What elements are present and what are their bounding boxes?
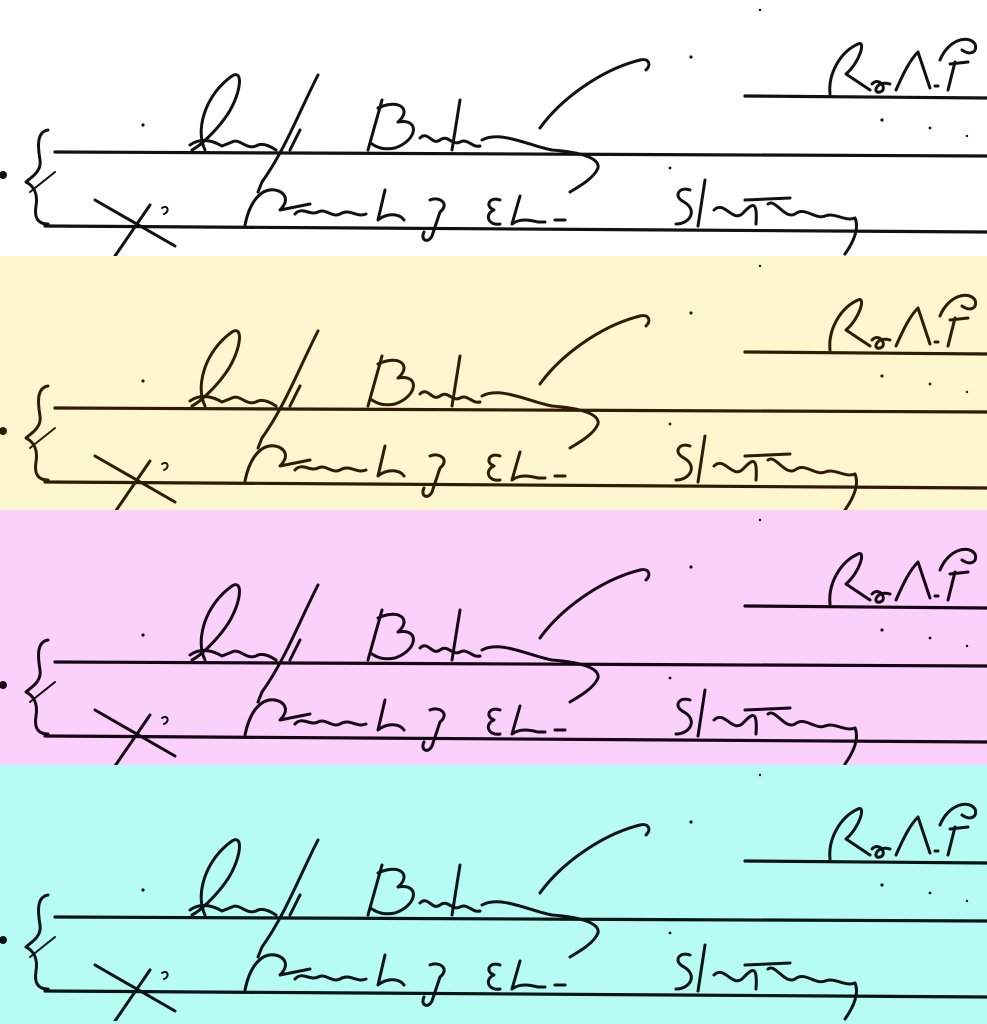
handwriting-drawing: [0, 256, 987, 510]
panel-cyan: Rob. F. Geo. Birkley mark of Ellen Slatt…: [0, 765, 987, 1024]
mark-of-ellen-slattery: [245, 180, 857, 254]
panel-pink: Rob. F. Geo. Birkley mark of Ellen Slatt…: [0, 510, 987, 765]
handwriting-drawing: [0, 0, 987, 256]
panel-original: Rob. F. Geo. Birkley mark of Ellen Slatt…: [0, 0, 987, 256]
signature-geo-birkley: [190, 316, 649, 448]
handwriting-drawing: [0, 765, 987, 1021]
brace-icon: [26, 640, 48, 734]
signature-geo-birkley: [190, 60, 649, 192]
annotation-rob-f: [830, 549, 976, 604]
signature-geo-birkley: [190, 570, 649, 702]
annotation-rob-f: [830, 295, 976, 350]
annotation-rob-f: [830, 39, 976, 94]
brace-icon: [26, 130, 48, 224]
signature-geo-birkley: [190, 825, 649, 957]
brace-icon: [26, 386, 48, 480]
brace-icon: [26, 895, 48, 989]
mark-of-ellen-slattery: [245, 690, 857, 764]
mark-of-ellen-slattery: [245, 436, 857, 510]
tinted-document-stack: Rob. F. Geo. Birkley mark of Ellen Slatt…: [0, 0, 987, 1024]
handwriting-drawing: [0, 510, 987, 765]
annotation-rob-f: [830, 804, 976, 859]
panel-sepia: Rob. F. Geo. Birkley mark of Ellen Slatt…: [0, 256, 987, 510]
mark-of-ellen-slattery: [245, 945, 857, 1019]
